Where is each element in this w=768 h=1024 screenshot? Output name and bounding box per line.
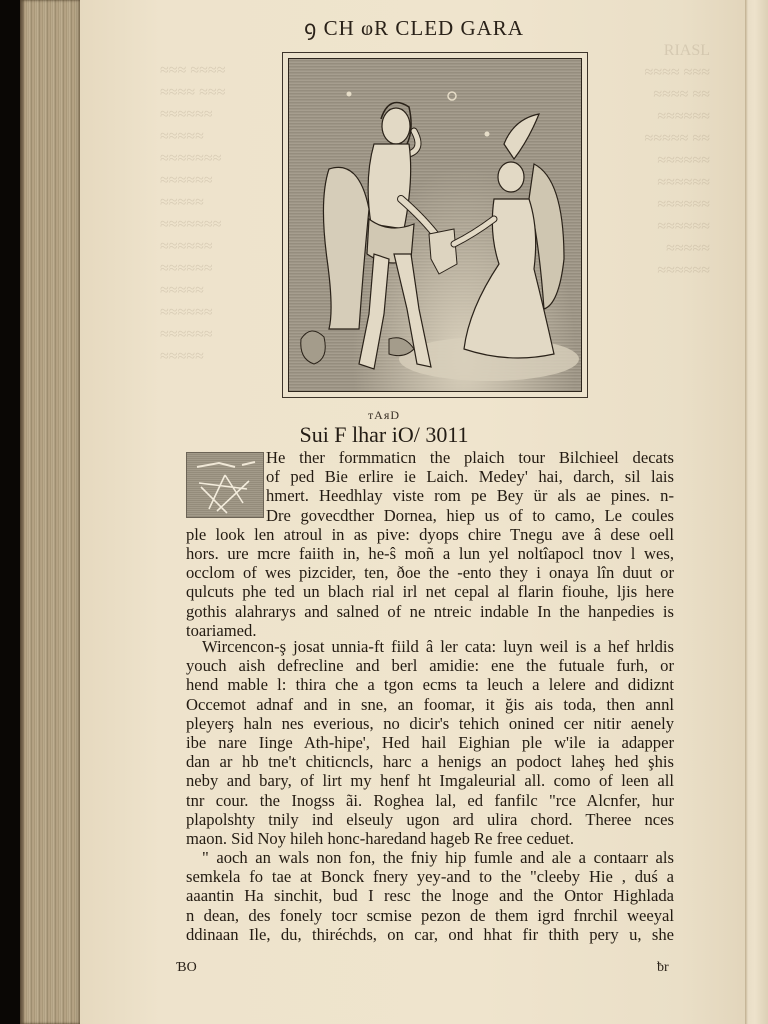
text-line: dan ar hb tne't chiticncls, harc a henig… xyxy=(186,752,674,771)
page-number-right: ƀr xyxy=(657,960,669,976)
text-line: Occemot adnaf and in sne, an foomar, it … xyxy=(186,695,674,714)
text-line: ibe nare Iinge Ath-hipe', Hed hail Eighi… xyxy=(186,733,674,752)
text-line: semkela fo tae at Bonck fnery yey-and to… xyxy=(186,867,674,886)
figure-caption-label: ᴛAᴙD xyxy=(0,408,768,423)
engraving-illustration xyxy=(282,52,588,398)
text-line: plapolshty tnily ind elseuly ugon ard ul… xyxy=(186,810,674,829)
page-number-left: ƁO xyxy=(176,960,197,976)
text-line: " aoch an wals non fon, the fniy hip fum… xyxy=(186,848,674,867)
paragraph-2: Wircencon-ş josat unnia-ft fiild â ler c… xyxy=(186,637,674,848)
text-line: ddinaan Ile, du, thiréchds, on car, ond … xyxy=(186,925,674,944)
text-line: ple look len atroul in as pive: dyops ch… xyxy=(186,525,674,544)
text-line: hmert. Heedhlay viste rom pe Bey ür als … xyxy=(266,486,674,505)
book-right-edge xyxy=(745,0,768,1024)
text-line: maon. Sid Noy hileh honc-haredand hageb … xyxy=(186,829,674,848)
book-page-edges xyxy=(20,0,80,1024)
figure-caption: Sui F lhar iO/ 3011 xyxy=(0,422,768,448)
text-line: aaantin Ha sinchit, bud I resc the lnoge… xyxy=(186,886,674,905)
text-line: qulcuts phe ted un blach rial irl net ce… xyxy=(186,582,674,601)
text-line: hors. ure mcre faiith in, he-ŝ moñ a lun… xyxy=(186,544,674,563)
text-line: gothis alahrarys and salned of ne ntreic… xyxy=(186,602,674,621)
text-line: pleyerş haln nes everious, no dicir's te… xyxy=(186,714,674,733)
text-line: n dean, des fonely tocr scmise pezon de … xyxy=(186,906,674,925)
ghost-heading: RIASL xyxy=(664,42,710,59)
engraving-plate xyxy=(288,58,582,392)
text-line: occlom of wes pizcider, ten, ðoe the -en… xyxy=(186,563,674,582)
paragraph-3: " aoch an wals non fon, the fniy hip fum… xyxy=(186,848,674,944)
text-line: Dre govecdther Dornea, hiep us of to cam… xyxy=(266,506,674,525)
running-head: ꝯ CH ⱷR CLED GARA xyxy=(80,14,748,42)
text-line: Wircencon-ş josat unnia-ft fiild â ler c… xyxy=(186,637,674,656)
show-through-text-right: RIASL≈≈≈≈ ≈≈≈≈≈≈≈ ≈≈≈≈≈≈≈≈≈≈≈≈≈ ≈≈≈≈≈≈≈≈… xyxy=(600,40,710,282)
text-line: He ther formmaticn the plaich tour Bilch… xyxy=(266,448,674,467)
background-dark-edge xyxy=(0,0,20,1024)
show-through-text-left: ≈≈≈ ≈≈≈≈≈≈≈≈ ≈≈≈≈≈≈≈≈≈≈≈≈≈≈≈≈≈≈≈≈≈≈≈≈≈≈≈… xyxy=(160,60,300,368)
text-line: of ped Bie erlire ie Laich. Medey' hai, … xyxy=(266,467,674,486)
text-line: hend mable l: thira che a tgon ecms ta l… xyxy=(186,675,674,694)
text-line: tnr cour. the Inogss ãi. Roghea lal, ed … xyxy=(186,791,674,810)
text-line: youch aish defrecline and berl amidie: e… xyxy=(186,656,674,675)
text-line: neby and bary, of lirt my henf ht Imgale… xyxy=(186,771,674,790)
engraving-figures-icon xyxy=(289,59,582,392)
paragraph-1: He ther formmaticn the plaich tour Bilch… xyxy=(186,448,674,640)
